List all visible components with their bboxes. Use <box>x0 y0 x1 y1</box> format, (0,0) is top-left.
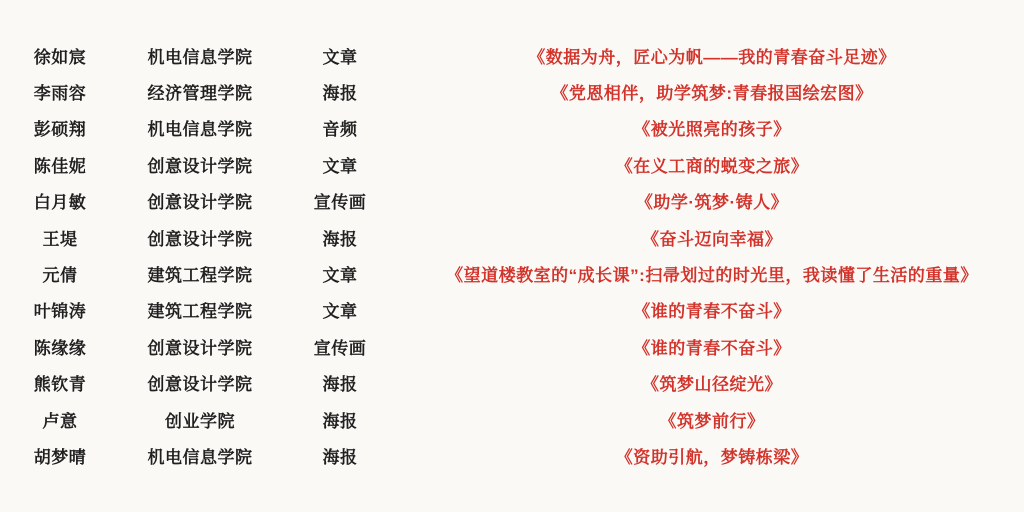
student-name: 叶锦涛 <box>0 297 120 322</box>
student-name: 陈佳妮 <box>0 152 120 177</box>
college-name: 创意设计学院 <box>120 370 280 395</box>
entry-title: 《党恩相伴，助学筑梦:青春报国绘宏图》 <box>400 79 1024 104</box>
entry-type: 音频 <box>280 115 400 140</box>
student-name: 元倩 <box>0 261 120 286</box>
college-name: 创意设计学院 <box>120 225 280 250</box>
entry-title: 《筑梦山径绽光》 <box>400 370 1024 395</box>
student-name: 王堤 <box>0 225 120 250</box>
table-row: 李雨容 经济管理学院 海报 《党恩相伴，助学筑梦:青春报国绘宏图》 <box>0 73 1024 109</box>
entry-title: 《筑梦前行》 <box>400 407 1024 432</box>
college-name: 创业学院 <box>120 407 280 432</box>
entry-type: 文章 <box>280 152 400 177</box>
table-row: 白月敏 创意设计学院 宣传画 《助学·筑梦·铸人》 <box>0 183 1024 219</box>
entry-type: 海报 <box>280 225 400 250</box>
entry-title: 《望道楼教室的“成长课”:扫帚划过的时光里，我读懂了生活的重量》 <box>400 261 1024 286</box>
entry-type: 海报 <box>280 79 400 104</box>
table-row: 元倩 建筑工程学院 文章 《望道楼教室的“成长课”:扫帚划过的时光里，我读懂了生… <box>0 255 1024 291</box>
college-name: 机电信息学院 <box>120 115 280 140</box>
college-name: 经济管理学院 <box>120 79 280 104</box>
table-row: 卢意 创业学院 海报 《筑梦前行》 <box>0 401 1024 437</box>
table-row: 陈佳妮 创意设计学院 文章 《在义工商的蜕变之旅》 <box>0 146 1024 182</box>
entry-title: 《资助引航，梦铸栋梁》 <box>400 443 1024 468</box>
student-name: 白月敏 <box>0 188 120 213</box>
student-name: 陈缘缘 <box>0 334 120 359</box>
entry-type: 海报 <box>280 407 400 432</box>
college-name: 创意设计学院 <box>120 152 280 177</box>
college-name: 创意设计学院 <box>120 188 280 213</box>
entry-type: 海报 <box>280 443 400 468</box>
student-name: 熊钦青 <box>0 370 120 395</box>
college-name: 创意设计学院 <box>120 334 280 359</box>
entry-title: 《数据为舟，匠心为帆——我的青春奋斗足迹》 <box>400 43 1024 68</box>
table-row: 胡梦晴 机电信息学院 海报 《资助引航，梦铸栋梁》 <box>0 437 1024 473</box>
table-row: 徐如宸 机电信息学院 文章 《数据为舟，匠心为帆——我的青春奋斗足迹》 <box>0 37 1024 73</box>
entry-title: 《谁的青春不奋斗》 <box>400 334 1024 359</box>
college-name: 机电信息学院 <box>120 43 280 68</box>
entry-type: 海报 <box>280 370 400 395</box>
student-name: 李雨容 <box>0 79 120 104</box>
entry-type: 文章 <box>280 43 400 68</box>
entry-title: 《谁的青春不奋斗》 <box>400 297 1024 322</box>
entry-type: 文章 <box>280 261 400 286</box>
entry-title: 《奋斗迈向幸福》 <box>400 225 1024 250</box>
student-name: 卢意 <box>0 407 120 432</box>
entry-type: 宣传画 <box>280 188 400 213</box>
table-row: 熊钦青 创意设计学院 海报 《筑梦山径绽光》 <box>0 365 1024 401</box>
student-name: 胡梦晴 <box>0 443 120 468</box>
college-name: 建筑工程学院 <box>120 261 280 286</box>
student-name: 彭硕翔 <box>0 115 120 140</box>
entry-title: 《助学·筑梦·铸人》 <box>400 188 1024 213</box>
table-row: 王堤 创意设计学院 海报 《奋斗迈向幸福》 <box>0 219 1024 255</box>
entry-title: 《被光照亮的孩子》 <box>400 115 1024 140</box>
student-name: 徐如宸 <box>0 43 120 68</box>
entry-type: 文章 <box>280 297 400 322</box>
entry-title: 《在义工商的蜕变之旅》 <box>400 152 1024 177</box>
table-row: 彭硕翔 机电信息学院 音频 《被光照亮的孩子》 <box>0 110 1024 146</box>
table-row: 叶锦涛 建筑工程学院 文章 《谁的青春不奋斗》 <box>0 292 1024 328</box>
table-row: 陈缘缘 创意设计学院 宣传画 《谁的青春不奋斗》 <box>0 328 1024 364</box>
entry-type: 宣传画 <box>280 334 400 359</box>
college-name: 机电信息学院 <box>120 443 280 468</box>
submissions-table: 徐如宸 机电信息学院 文章 《数据为舟，匠心为帆——我的青春奋斗足迹》 李雨容 … <box>0 37 1024 474</box>
college-name: 建筑工程学院 <box>120 297 280 322</box>
